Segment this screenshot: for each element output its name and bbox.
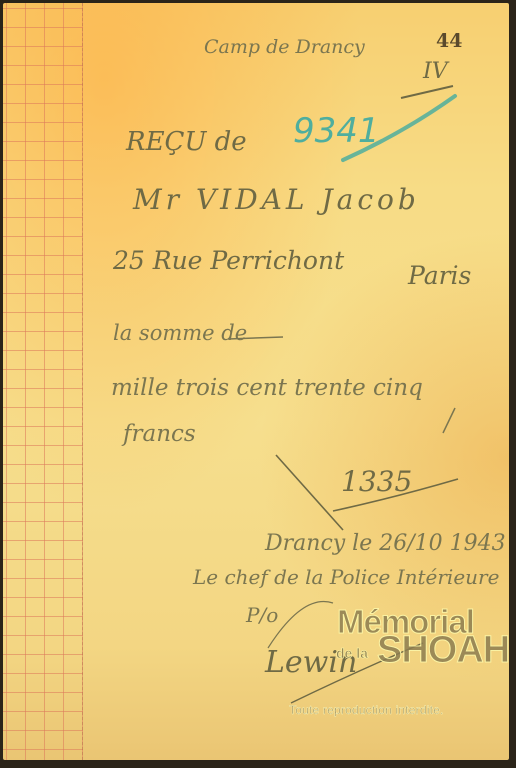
watermark-shoah: SHOAH: [377, 629, 509, 672]
address-street: 25 Rue Perrichont: [113, 246, 344, 275]
page-number: 44: [436, 30, 462, 52]
sum-label: la somme de: [113, 321, 247, 345]
receipt-paper: Camp de Drancy 44 IV REÇU de 9341 Mr VID…: [3, 3, 509, 760]
address-city: Paris: [408, 261, 471, 290]
watermark-de-la: de la: [336, 645, 368, 661]
date-line: Drancy le 26/10 1943: [265, 531, 506, 556]
watermark-notice: Toute reproduction interdite.: [289, 703, 444, 717]
received-label: REÇU de: [126, 127, 247, 157]
currency: francs: [123, 421, 196, 447]
header-location: Camp de Drancy: [204, 36, 365, 58]
scan-frame: Camp de Drancy 44 IV REÇU de 9341 Mr VID…: [0, 0, 516, 768]
amount: 1335: [341, 465, 412, 498]
roman-mark: IV: [423, 59, 448, 84]
payer-name: Mr VIDAL Jacob: [133, 183, 420, 216]
receipt-number: 9341: [293, 111, 380, 151]
signature-prefix: P/o: [246, 603, 278, 627]
sum-in-words: mille trois cent trente cinq: [111, 375, 423, 401]
signature-title: Le chef de la Police Intérieure: [193, 565, 499, 589]
